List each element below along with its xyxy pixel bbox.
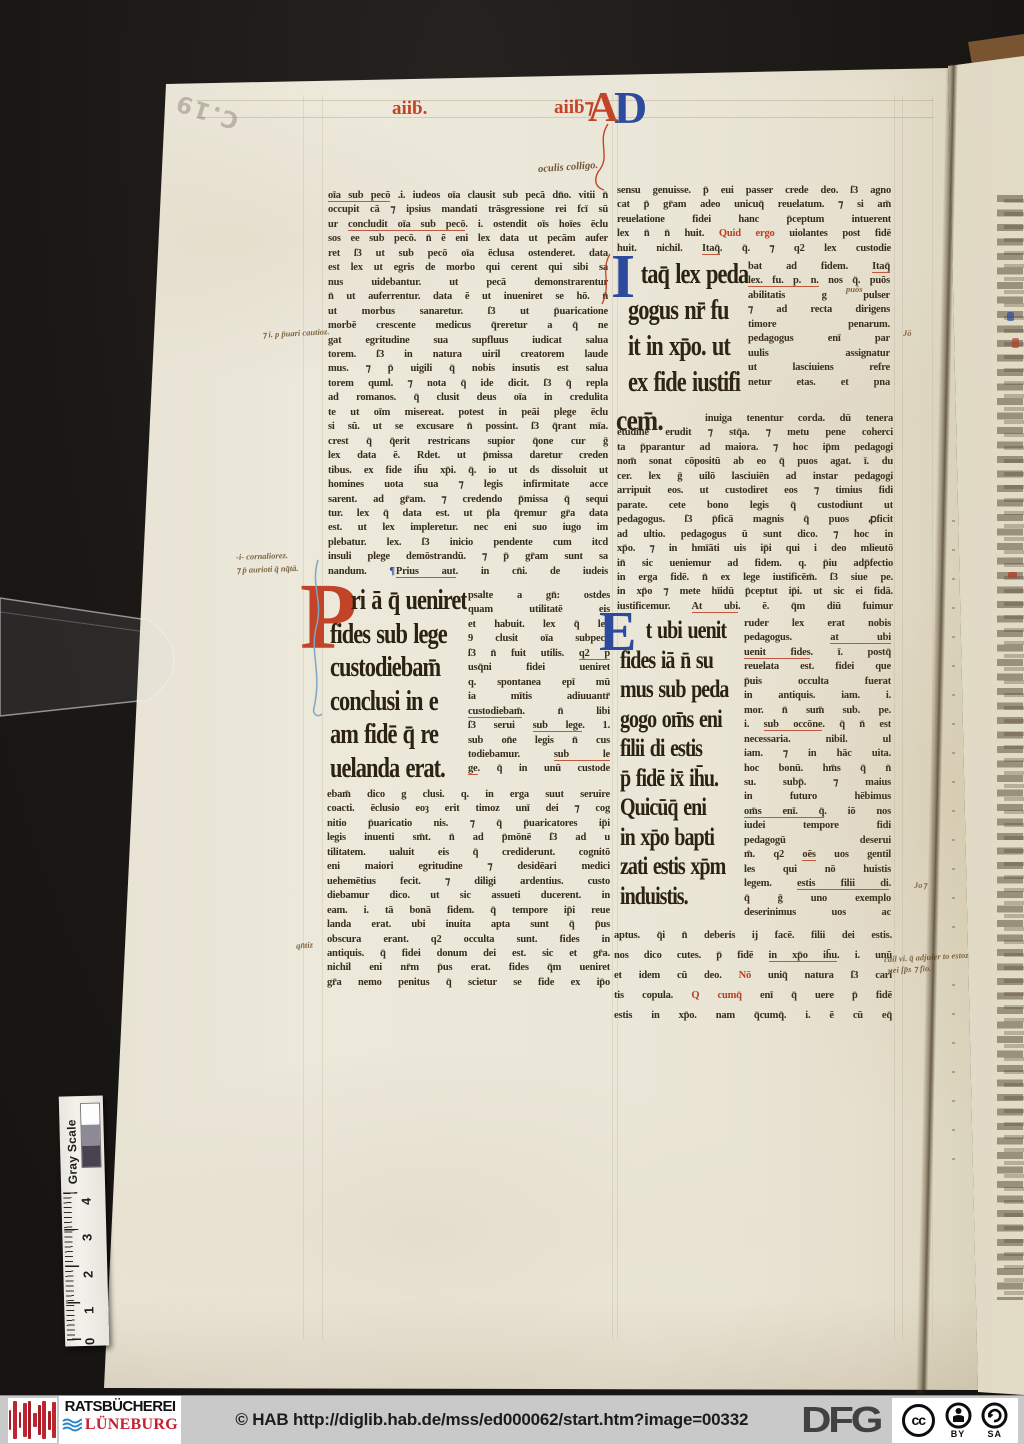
text-line: mus. ⁊ p̄ uigili q̄ nobis insutis est sa… (328, 362, 608, 376)
text-line: custodiebam̄ (330, 651, 467, 685)
ruler-number: 4 (79, 1198, 94, 1206)
text-line: pedagogū deserui (744, 834, 891, 848)
text-line: obscura erant. q2 occulta sunt. fides in (327, 933, 610, 947)
text-line: diebamur dico. ut sic assueti ducerent. … (327, 889, 610, 903)
text-line: induistis. (620, 882, 728, 912)
ruler-number: 3 (79, 1234, 94, 1242)
text-line: sos ee sub pecō. n̄ ē eni lex data ut pe… (328, 232, 608, 246)
text-line: ruder lex erat nobis (744, 617, 891, 631)
text-line: in xp̄o bapti (620, 823, 728, 853)
text-line: legem. estis filii di. (744, 877, 891, 891)
ruler-number: 2 (80, 1271, 95, 1279)
cc-sa-label: SA (987, 1429, 1002, 1439)
next-page-red-initial-fragment (1012, 338, 1019, 348)
cc-by-label: BY (951, 1429, 966, 1439)
gloss-text-block: inuiga tenentur corda. dū teneraetudine … (617, 412, 893, 614)
margin-note: puōs (846, 284, 863, 294)
text-line: nus uidebantur. ut pecā demonstrarentur (328, 276, 608, 290)
text-line: hoc bonū. hm̄s q̄ n̄ (744, 762, 891, 776)
text-line: t ubi uenit (620, 616, 728, 646)
text-line: ad ultio. pedagogus ū sunt dico. ⁊ hoc i… (617, 528, 893, 542)
manuscript-photo: C.19 aiiƃ. aiiƃ⁊ A D oculis colligo. oīa… (0, 0, 1024, 1395)
text-line: gogus nr̄ fu (628, 293, 748, 329)
text-line: p̄ fidē ix̄ ih̄u. (620, 764, 728, 794)
text-line: taq̄ lex peda (628, 257, 748, 293)
text-line: nom̄ sonat cōpositū ab eo q̄ puos agat. … (617, 455, 893, 469)
text-line: plebatur. lex. ſ3 inicio pendente cum it… (328, 536, 608, 550)
text-line: Quicūq̄ eni (620, 793, 728, 823)
text-line: in xp̄o ⁊ mete hīidū p̄ceptut ip̄i. ut s… (617, 585, 893, 599)
cc-sa-item: SA (981, 1402, 1008, 1439)
bible-text-block: taq̄ lex pedagogus nr̄ fuit in xp̄o. ute… (628, 257, 748, 401)
text-line: ad romanos. q̄ clusit deus oīa in credul… (328, 391, 608, 405)
text-line: sarent. ad gr̄am. ⁊ credendo p̄missa q̄ … (328, 493, 608, 507)
text-line: uulis assignatur (748, 347, 890, 361)
margin-note: Jō (903, 328, 912, 338)
text-line: ut lasciuiens refre (748, 361, 890, 375)
library-city: LÜNEBURG (85, 1416, 178, 1434)
text-line: xp̄o. ⁊ in hmīāti uis ip̄i qui i deo mli… (617, 542, 893, 556)
margin-note: -i- cornaliorez. (236, 550, 288, 562)
text-line: in antiquis. iam. i. (744, 689, 891, 703)
text-line: ge. q̄ in unū custode (468, 762, 610, 776)
text-line: am fidē q̄ re (330, 718, 467, 752)
text-line: psalte a gn̄: ostdes (468, 589, 610, 603)
margin-note: ⁊ p̄ aurioti q̄ nq̄tā. (236, 563, 299, 576)
text-line: ut morbus sanaretur. ſ3 ut p̄uaricatione (328, 305, 608, 319)
text-line: crest q̄ q̄erit restricans supior q̄one … (328, 435, 608, 449)
ratsbuecherei-logo: RATSBÜCHEREI LÜNEBURG (59, 1396, 181, 1444)
footer-bar: RATSBÜCHEREI LÜNEBURG © HAB http://digli… (0, 1395, 1024, 1444)
text-line: pedagogus. ſ3 p̄ficā magnis q̄ puos ꝓfic… (617, 513, 893, 527)
text-line: lex n̄ n̄ huit. Quid ergo uiolantes post… (617, 227, 891, 241)
gloss-text-block: sensu genuisse. p̄ eui passer crede deo.… (617, 184, 891, 256)
text-line: bat ad fidem. Itaq̄ (748, 260, 890, 274)
text-line: gat egritudine sua supfluus iudicat salu… (328, 334, 608, 348)
quire-mark-left: aiiƃ. (392, 98, 427, 120)
next-page-red-mark (1008, 572, 1017, 578)
text-line: si sū. ut se excusare n̄ possint. ſ3 q̄r… (328, 420, 608, 434)
text-line: lex. fu. p. n. nos q̄. puōs (748, 274, 890, 288)
gray-patches (80, 1103, 102, 1169)
text-line: les qui nō huistis (744, 863, 891, 877)
text-line: iam. ⁊ in hāc uita. (744, 747, 891, 761)
dfg-logo: DFG (801, 1400, 880, 1441)
text-line: abilitatis g pulser (748, 289, 890, 303)
text-line: timore penarum. (748, 318, 890, 332)
gray-patch (82, 1146, 101, 1167)
text-line: et habuit. lex q̄ lex (468, 618, 610, 632)
text-line: estis in xp̄o. nam q̄cumq̄. i. ē cū eq̄ (614, 1006, 892, 1026)
text-line: arripuit eos. ut custodiret eos ⁊ timius… (617, 484, 893, 498)
text-line: uenit fides. ī. postq̄ (744, 646, 891, 660)
text-line: iudei tempore fidi (744, 819, 891, 833)
text-line: et idem cū deo. Nō uniq̄ natura ſ3 cari (614, 966, 892, 986)
cc-sa-arrow-icon (981, 1402, 1008, 1429)
text-line: inuiga tenentur corda. dū tenera (617, 412, 893, 426)
text-line: oīa sub pecō .i. iudeos oīa clausit sub … (328, 189, 608, 203)
gray-scale-card: Gray Scale 43210 (59, 1095, 110, 1346)
text-line: coacti. ēclusio eoȝ erit timoz unī dei ⁊… (327, 802, 610, 816)
bible-text-block: ri ā q̄ ueniretfides sub legecustodiebam… (330, 584, 467, 786)
text-line: tis copula. Q cumq̄ enī q̄ uere p̄ fidē (614, 986, 892, 1006)
text-line: eni maiori egritudine ⁊ desidēari medici (327, 860, 610, 874)
gray-scale-label: Gray Scale (64, 1119, 80, 1184)
text-line: ur concludit oīa sub pecō. i. ostendit o… (328, 218, 608, 232)
text-line: pedagogus enī par (748, 332, 890, 346)
library-name: RATSBÜCHEREI (62, 1398, 178, 1415)
text-line: cer. lex ḡ uilō lasciuiēn ad instar peda… (617, 470, 893, 484)
ruler-numbers: 43210 (59, 1095, 103, 1096)
text-line: om̄s enī. q̄. iō nos (744, 805, 891, 819)
text-line: homines uota sua ⁊ legis infirmitate acc… (328, 478, 608, 492)
text-line: est. ut lex impleretur. nec eni suo iugo… (328, 521, 608, 535)
text-line: torem. ſ3 in natura uiril creatorem laud… (328, 348, 608, 362)
header-initial-d: D (614, 81, 647, 134)
text-line: aptus. q̄i n̄ deberis ij facē. filii dei… (614, 926, 892, 946)
text-line: ex fide iustifi (628, 365, 748, 401)
text-line: legis inuenti sm̄t. n̄ ad p̄mōnē ſ3 ad u (327, 831, 610, 845)
text-line: ret ſ3 ut sub pecō oīa ēclusa ostenderet… (328, 247, 608, 261)
margin-note: qn̄tiz (296, 939, 314, 950)
next-page-blue-initial-fragment (1007, 312, 1014, 321)
text-line: filii di estis (620, 734, 728, 764)
red-bars-icon (9, 1401, 56, 1439)
text-line: tilitatem. ualuit eis q̄ crediderunt. co… (327, 846, 610, 860)
text-line: lex data ē. Rdet. ut p̄missa daretur cre… (328, 449, 608, 463)
text-line: insuli plege demōstrandū. ⁊ p̄ gr̄am sun… (328, 550, 608, 564)
gloss-text-block: bat ad fidem. Itaq̄lex. fu. p. n. nos q̄… (748, 260, 890, 390)
cc-license-badge: cc BY SA (892, 1398, 1018, 1443)
text-line: ebam̄ dico g clusi. q. in erga suut seru… (327, 788, 610, 802)
gloss-text-block: psalte a gn̄: ostdesquam utilitatē eiset… (468, 589, 610, 777)
luneburg-barcode-logo (8, 1398, 57, 1443)
text-line: todiebamur. sub le (468, 748, 610, 762)
text-line: in erga fidē. n̄ ex lege iustificēm̄. ſ3… (617, 571, 893, 585)
text-line: tibus. ex fide ih̄u xp̄i. q̄. io ut ds d… (328, 464, 608, 478)
text-line: ri ā q̄ ueniret (330, 584, 467, 618)
text-line: sub on̄e legis n̄ cus (468, 734, 610, 748)
gray-patch (81, 1125, 100, 1146)
text-line: sensu genuisse. p̄ eui passer crede deo.… (617, 184, 891, 198)
text-line: uelanda erat. (330, 752, 467, 786)
text-line: landa erat. ubi inuita apta sunt q̄ p̄us (327, 918, 610, 932)
text-line: quam utilitatē eis (468, 603, 610, 617)
text-line: 9 clusit oīa subpecō (468, 632, 610, 646)
ruler-number: 0 (82, 1338, 97, 1346)
text-line: nos dico cutes. p̄ fidē in xp̄o ih̄u. i.… (614, 946, 892, 966)
text-line: in̄ sic ueniemur ad fidem. q. p̄iu adp̄f… (617, 557, 893, 571)
text-line: ia mītis adiuuantr̄ (468, 690, 610, 704)
text-line: reuelata est. fidei que (744, 660, 891, 674)
bible-text-block: t ubi uenitfides iā n̄ sumus sub pedagog… (620, 616, 728, 911)
text-line: reuelatione fidei hanc p̄ceptum intueren… (617, 213, 891, 227)
gloss-text-block: aptus. q̄i n̄ deberis ij facē. filii dei… (614, 926, 892, 1026)
text-line: mus sub peda (620, 675, 728, 705)
gloss-text-block: ebam̄ dico g clusi. q. in erga suut seru… (327, 788, 610, 990)
text-line: zati estis xp̄m (620, 852, 728, 882)
cc-by-item: BY (945, 1402, 972, 1439)
text-line: pedagogus. at ubi (744, 631, 891, 645)
text-line: ſ3 serui sub lege. 1. (468, 719, 610, 733)
text-line: ſ3 n̄ fuit utilis. q2 p (468, 647, 610, 661)
text-line: fides iā n̄ su (620, 646, 728, 676)
text-line: nandum. ¶Prius aut. in cn̄i. de iudeis (328, 565, 608, 579)
text-line: p̄uis occulta fuerat (744, 675, 891, 689)
text-line: ⁊ ad recta dirigens (748, 303, 890, 317)
text-line: deserinimus uos ac (744, 906, 891, 920)
text-line: etudine erudit ⁊ stq̄a. ⁊ metu pene cohe… (617, 426, 893, 440)
text-line: tur. lex q̄ data est. ut p̄la q̄remur gr… (328, 507, 608, 521)
text-line: huit. nichil. Itaq̄. q̄. ⁊ q2 lex custod… (617, 242, 891, 256)
text-line: uehemētius fecit. ⁊ diligi ardentius. cu… (327, 875, 610, 889)
gray-patch (81, 1104, 100, 1125)
text-line: it in xp̄o. ut (628, 329, 748, 365)
waves-icon (62, 1417, 82, 1433)
cc-icon: cc (902, 1404, 935, 1437)
text-line: n̄ ut auferrentur. data ē ut inueniret s… (328, 290, 608, 304)
next-page-text-marks (1004, 190, 1024, 1300)
pricking-holes (952, 520, 955, 1168)
text-line: usq̄ni fidei ueniret (468, 661, 610, 675)
gloss-text-block: ruder lex erat nobispedagogus. at ubiuen… (744, 617, 891, 921)
text-line: iustificemur. At ubi. ē. q̄m diū fuimur (617, 600, 893, 614)
text-line: te ut oīm misereat. potest in peāi plege… (328, 406, 608, 420)
text-line: in futuro hēbimus (744, 790, 891, 804)
text-line: q. spontanea epī mū (468, 676, 610, 690)
text-line: gr̄a nemo penitus q̄ scietur se fide ex … (327, 976, 610, 990)
text-line: conclusi in e (330, 685, 467, 719)
ruler-number: 1 (81, 1307, 96, 1315)
text-line: necessaria. nibil. ul (744, 733, 891, 747)
text-line: netur etas. et pna (748, 376, 890, 390)
ruler-ticks (63, 1192, 81, 1341)
page-holder-clip (0, 590, 190, 724)
text-line: morbē crescente medicus q̄reretur a q̄ n… (328, 319, 608, 333)
text-line: nichil eni nr̄m p̄us erat. fides q̄m uen… (327, 961, 610, 975)
text-line: q̄ ḡ uno exemplo (744, 892, 891, 906)
text-line: fides sub lege (330, 618, 467, 652)
text-line: ta p̄parantur ad maiora. ⁊ hoc ip̄m peda… (617, 441, 893, 455)
text-line: occupit cā ⁊ ipsius mandati trāsgression… (328, 203, 608, 217)
text-line: torem quml. ⁊ nota q̄ ide dicit. ſ3 q̄ r… (328, 377, 608, 391)
text-line: eam. i. tā bonā fidem. q̄ tempore ip̄i r… (327, 904, 610, 918)
text-line: custodiebam̄. n̄ libi (468, 705, 610, 719)
cc-by-person-icon (945, 1402, 972, 1429)
text-line: cat p̄ gr̄am adeo unicuq̄ reuelatum. ⁊ s… (617, 198, 891, 212)
text-line: parate. cete bono legis q̄ custodiunt ut (617, 499, 893, 513)
text-line: gogo om̄s eni (620, 705, 728, 735)
text-line: nitio p̄uaricatio nis. ⁊ q̄ p̄uaricatore… (327, 817, 610, 831)
text-line: est lex ut egris de morbo qui cerent qui… (328, 261, 608, 275)
gloss-text-block: oīa sub pecō .i. iudeos oīa clausit sub … (328, 189, 608, 579)
text-line: i. sub occōne. q̄ n̄ est (744, 718, 891, 732)
text-line: su. subp̄. ⁊ maius (744, 776, 891, 790)
margin-note: Jo⁊ (914, 880, 927, 891)
text-line: antiquis. q̄ fidei donum dei est. sic et… (327, 947, 610, 961)
text-line: m̄. q2 oēs uos gentil (744, 848, 891, 862)
text-line: mor. n̄ sum̄ sub. pe. (744, 704, 891, 718)
copyright-url: © HAB http://diglib.hab.de/mss/ed000062/… (181, 1410, 803, 1430)
